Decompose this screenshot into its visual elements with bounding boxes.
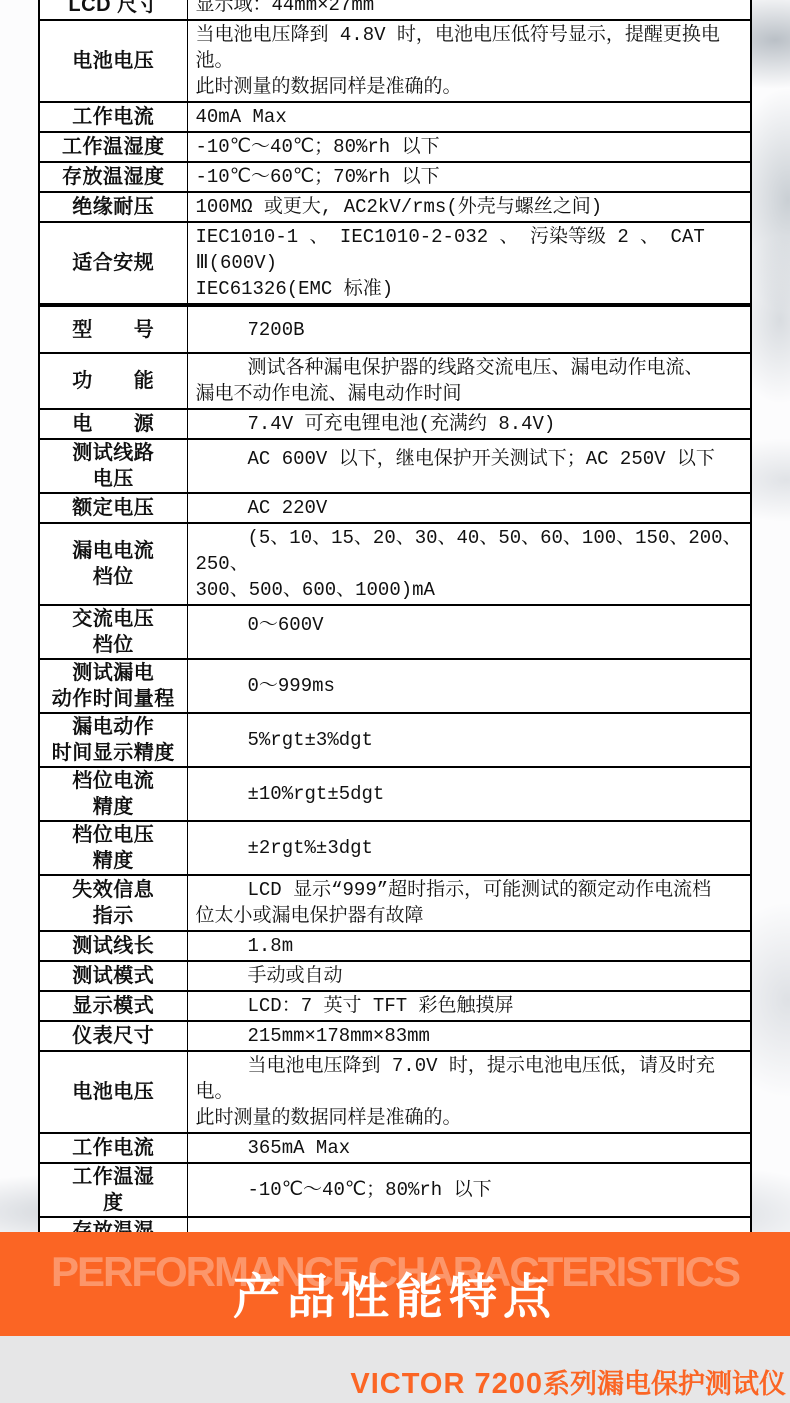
page-background: { "colors":{ "accent":"#FB6524", "footer… bbox=[0, 0, 790, 1403]
spec-value: 0～999ms bbox=[187, 659, 751, 713]
spec-value: ±10%rgt±5dgt bbox=[187, 767, 751, 821]
spec-row: 测试线长1.8m bbox=[39, 931, 751, 961]
spec-label: 档位电压 精度 bbox=[39, 821, 187, 875]
section-banner: PERFORMANCE CHARACTERISTICS 产品性能特点 bbox=[0, 1232, 790, 1336]
spec-value: 7200B bbox=[187, 306, 751, 353]
spec-label: 功 能 bbox=[39, 353, 187, 409]
spec-row: 档位电压 精度±2rgt%±3dgt bbox=[39, 821, 751, 875]
spec-row: 额定电压AC 220V bbox=[39, 493, 751, 523]
spec-row: 功 能测试各种漏电保护器的线路交流电压、漏电动作电流、 漏电不动作电流、漏电动作… bbox=[39, 353, 751, 409]
spec-label: 工作电流 bbox=[39, 102, 187, 132]
banner-title: 产品性能特点 bbox=[0, 1258, 790, 1327]
spec-label: 电 源 bbox=[39, 409, 187, 439]
spec-label: 工作温湿度 bbox=[39, 132, 187, 162]
spec-row: 测试模式手动或自动 bbox=[39, 961, 751, 991]
spec-value: 当电池电压降到 4.8V 时，电池电压低符号显示，提醒更换电池。 此时测量的数据… bbox=[187, 20, 751, 102]
spec-value: AC 220V bbox=[187, 493, 751, 523]
spec-label: 测试模式 bbox=[39, 961, 187, 991]
spec-label: 交流电压 档位 bbox=[39, 605, 187, 659]
spec-row: 交流电压 档位0～600V bbox=[39, 605, 751, 659]
spec-label: 漏电动作 时间显示精度 bbox=[39, 713, 187, 767]
spec-label: 测试线路 电压 bbox=[39, 439, 187, 493]
spec-value: 5%rgt±3%dgt bbox=[187, 713, 751, 767]
footer-strip: VICTOR 7200系列漏电保护测试仪 bbox=[0, 1336, 790, 1403]
spec-value: (5、10、15、20、30、40、50、60、100、150、200、250、… bbox=[187, 523, 751, 605]
brand-name: VICTOR 7200 bbox=[350, 1368, 543, 1400]
spec-value: 当电池电压降到 7.0V 时，提示电池电压低，请及时充电。 此时测量的数据同样是… bbox=[187, 1051, 751, 1133]
spec-label: 失效信息 指示 bbox=[39, 875, 187, 931]
spec-label: 电池电压 bbox=[39, 20, 187, 102]
spec-row: 仪表尺寸215mm×178mm×83mm bbox=[39, 1021, 751, 1051]
spec-value: 1.8m bbox=[187, 931, 751, 961]
spec-value: 215mm×178mm×83mm bbox=[187, 1021, 751, 1051]
spec-table-general: LCD 尺寸显示域：44mm×27mm电池电压当电池电压降到 4.8V 时，电池… bbox=[38, 0, 752, 305]
spec-label: 显示模式 bbox=[39, 991, 187, 1021]
spec-value: 手动或自动 bbox=[187, 961, 751, 991]
spec-value: 40mA Max bbox=[187, 102, 751, 132]
spec-row: 漏电动作 时间显示精度5%rgt±3%dgt bbox=[39, 713, 751, 767]
spec-value: 显示域：44mm×27mm bbox=[187, 0, 751, 20]
spec-label: 存放温湿度 bbox=[39, 162, 187, 192]
spec-value: -10℃～40℃；80%rh 以下 bbox=[187, 1163, 751, 1217]
spec-row: 档位电流 精度±10%rgt±5dgt bbox=[39, 767, 751, 821]
spec-row: 工作温湿 度-10℃～40℃；80%rh 以下 bbox=[39, 1163, 751, 1217]
spec-row: LCD 尺寸显示域：44mm×27mm bbox=[39, 0, 751, 20]
spec-sheet: LCD 尺寸显示域：44mm×27mm电池电压当电池电压降到 4.8V 时，电池… bbox=[38, 0, 752, 1384]
spec-row: 绝缘耐压100MΩ 或更大, AC2kV/rms(外壳与螺丝之间) bbox=[39, 192, 751, 222]
spec-value: IEC1010-1 、 IEC1010-2-032 、 污染等级 2 、 CAT… bbox=[187, 222, 751, 304]
spec-value: -10℃～60℃；70%rh 以下 bbox=[187, 162, 751, 192]
spec-label: 档位电流 精度 bbox=[39, 767, 187, 821]
spec-label: 电池电压 bbox=[39, 1051, 187, 1133]
spec-label: 测试线长 bbox=[39, 931, 187, 961]
product-title-line: VICTOR 7200系列漏电保护测试仪 bbox=[350, 1362, 786, 1401]
spec-value: 365mA Max bbox=[187, 1133, 751, 1163]
spec-value: 7.4V 可充电锂电池(充满约 8.4V) bbox=[187, 409, 751, 439]
spec-row: 电池电压当电池电压降到 4.8V 时，电池电压低符号显示，提醒更换电池。 此时测… bbox=[39, 20, 751, 102]
spec-label: LCD 尺寸 bbox=[39, 0, 187, 20]
spec-row: 型 号7200B bbox=[39, 306, 751, 353]
spec-label: 适合安规 bbox=[39, 222, 187, 304]
spec-value: 100MΩ 或更大, AC2kV/rms(外壳与螺丝之间) bbox=[187, 192, 751, 222]
spec-label: 工作电流 bbox=[39, 1133, 187, 1163]
spec-label: 仪表尺寸 bbox=[39, 1021, 187, 1051]
spec-row: 存放温湿度-10℃～60℃；70%rh 以下 bbox=[39, 162, 751, 192]
spec-label: 绝缘耐压 bbox=[39, 192, 187, 222]
spec-label: 测试漏电 动作时间量程 bbox=[39, 659, 187, 713]
spec-table-7200b: 型 号7200B功 能测试各种漏电保护器的线路交流电压、漏电动作电流、 漏电不动… bbox=[38, 305, 752, 1384]
spec-label: 额定电压 bbox=[39, 493, 187, 523]
spec-label: 型 号 bbox=[39, 306, 187, 353]
spec-row: 电池电压当电池电压降到 7.0V 时，提示电池电压低，请及时充电。 此时测量的数… bbox=[39, 1051, 751, 1133]
spec-row: 测试线路 电压AC 600V 以下，继电保护开关测试下；AC 250V 以下 bbox=[39, 439, 751, 493]
spec-row: 工作温湿度-10℃～40℃；80%rh 以下 bbox=[39, 132, 751, 162]
spec-value: LCD：7 英寸 TFT 彩色触摸屏 bbox=[187, 991, 751, 1021]
product-series-label: 系列漏电保护测试仪 bbox=[543, 1369, 786, 1399]
spec-row: 工作电流40mA Max bbox=[39, 102, 751, 132]
spec-value: ±2rgt%±3dgt bbox=[187, 821, 751, 875]
spec-value: LCD 显示“999”超时指示，可能测试的额定动作电流档 位太小或漏电保护器有故… bbox=[187, 875, 751, 931]
spec-label: 漏电电流 档位 bbox=[39, 523, 187, 605]
spec-value: -10℃～40℃；80%rh 以下 bbox=[187, 132, 751, 162]
spec-value: 0～600V bbox=[187, 605, 751, 659]
spec-row: 工作电流365mA Max bbox=[39, 1133, 751, 1163]
spec-row: 显示模式LCD：7 英寸 TFT 彩色触摸屏 bbox=[39, 991, 751, 1021]
spec-value: 测试各种漏电保护器的线路交流电压、漏电动作电流、 漏电不动作电流、漏电动作时间 bbox=[187, 353, 751, 409]
spec-row: 电 源7.4V 可充电锂电池(充满约 8.4V) bbox=[39, 409, 751, 439]
spec-label: 工作温湿 度 bbox=[39, 1163, 187, 1217]
spec-row: 适合安规IEC1010-1 、 IEC1010-2-032 、 污染等级 2 、… bbox=[39, 222, 751, 304]
spec-row: 漏电电流 档位(5、10、15、20、30、40、50、60、100、150、2… bbox=[39, 523, 751, 605]
spec-value: AC 600V 以下，继电保护开关测试下；AC 250V 以下 bbox=[187, 439, 751, 493]
spec-row: 失效信息 指示LCD 显示“999”超时指示，可能测试的额定动作电流档 位太小或… bbox=[39, 875, 751, 931]
spec-row: 测试漏电 动作时间量程0～999ms bbox=[39, 659, 751, 713]
